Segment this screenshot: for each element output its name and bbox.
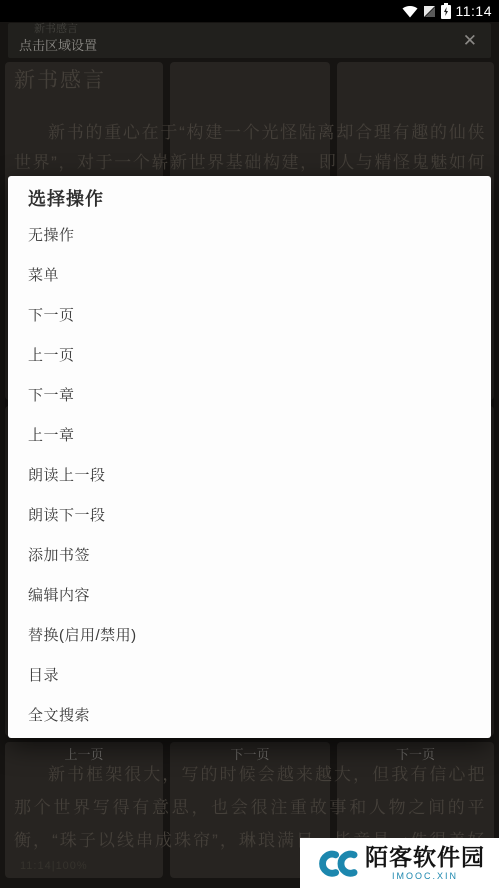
dialog-option[interactable]: 菜单	[8, 256, 491, 296]
dialog-option[interactable]: 替换(启用/禁用)	[8, 616, 491, 656]
no-signal-icon	[423, 5, 436, 18]
toolbar-title: 点击区域设置	[8, 35, 97, 54]
reader-chapter-title-ghost: 新书感言	[34, 20, 78, 36]
dialog-option[interactable]: 目录	[8, 656, 491, 696]
dialog-option[interactable]: 下一章	[8, 376, 491, 416]
dialog-option[interactable]: 下一页	[8, 296, 491, 336]
select-action-dialog: 选择操作 无操作菜单下一页上一页下一章上一章朗读上一段朗读下一段添加书签编辑内容…	[8, 176, 491, 738]
dialog-title: 选择操作	[8, 182, 491, 216]
tap-area-settings-toolbar: 点击区域设置 ✕	[8, 23, 491, 58]
dialog-item-list: 无操作菜单下一页上一页下一章上一章朗读上一段朗读下一段添加书签编辑内容替换(启用…	[8, 216, 491, 736]
imooc-logo-icon	[314, 848, 360, 878]
tap-zone-bottom-left[interactable]	[5, 742, 163, 878]
screen: 11:14 新书感言 点击区域设置 ✕ 新书感言 新书的重心在于“构建一个光怪陆…	[0, 0, 499, 888]
dialog-option[interactable]: 无操作	[8, 216, 491, 256]
status-bar: 11:14	[0, 0, 499, 22]
watermark-site-name: 陌客软件园	[365, 845, 485, 870]
dialog-option[interactable]: 编辑内容	[8, 576, 491, 616]
battery-charging-icon	[441, 3, 451, 19]
close-icon[interactable]: ✕	[463, 32, 477, 49]
dialog-option[interactable]: 全文搜索	[8, 696, 491, 736]
wifi-icon	[402, 5, 418, 18]
dialog-option[interactable]: 朗读上一段	[8, 456, 491, 496]
watermark-badge: 陌客软件园 IMOOC.XIN	[300, 838, 499, 888]
dialog-option[interactable]: 朗读下一段	[8, 496, 491, 536]
status-time: 11:14	[456, 3, 493, 19]
dialog-option[interactable]: 上一章	[8, 416, 491, 456]
dialog-option[interactable]: 添加书签	[8, 536, 491, 576]
watermark-domain: IMOOC.XIN	[392, 871, 458, 881]
dialog-option[interactable]: 上一页	[8, 336, 491, 376]
